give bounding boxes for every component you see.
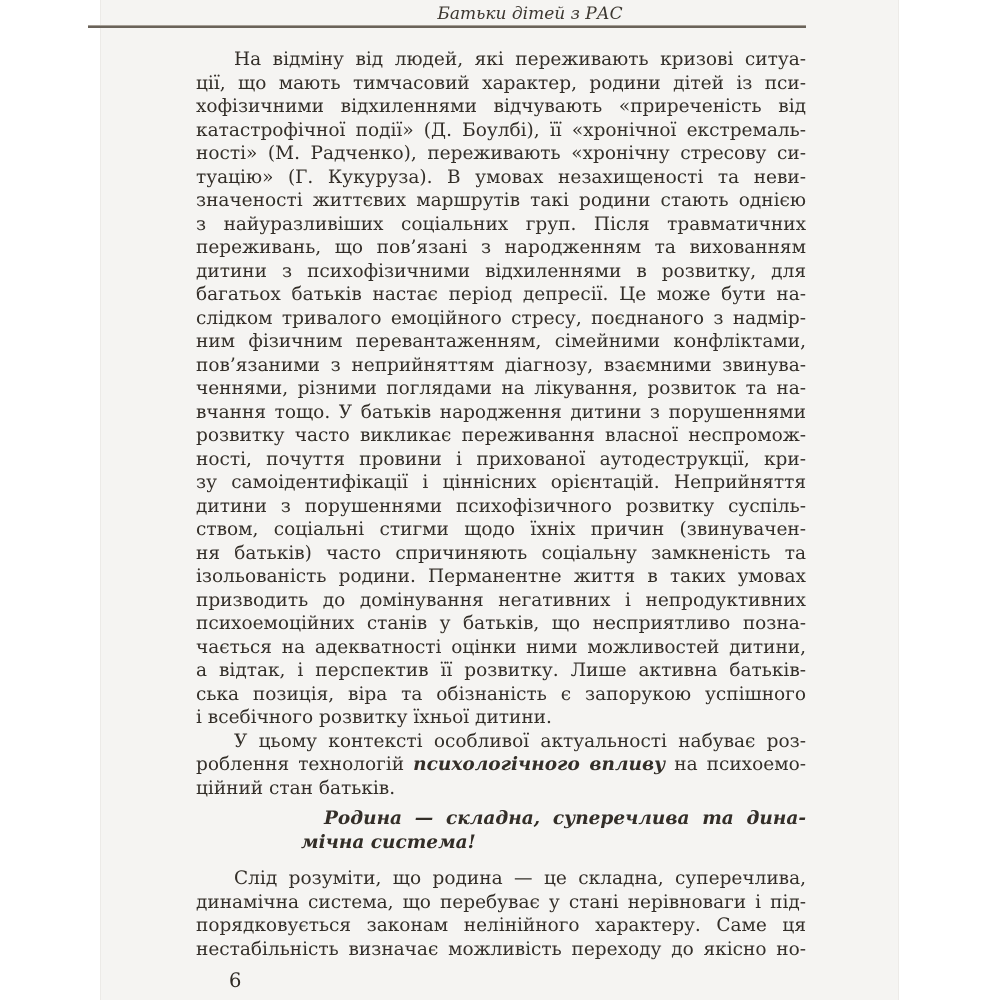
text-line: ності, почуття провини і прихованої ауто… bbox=[196, 448, 806, 472]
text-segment: роблення технологій bbox=[196, 754, 413, 775]
header-rule bbox=[88, 25, 806, 28]
text-line: Родина — складна, суперечлива та дина- bbox=[301, 807, 806, 831]
text-line: Слід розуміти, що родина — це складна, с… bbox=[196, 867, 806, 891]
text-line: катастрофічної події» (Д. Боулбі), її «х… bbox=[196, 119, 806, 143]
text-line: з найуразливіших соціальних груп. Після … bbox=[196, 213, 806, 237]
text-line: ня батьків) часто спричиняють соціальну … bbox=[196, 542, 806, 566]
text-line: чається на адекватності оцінки ними можл… bbox=[196, 636, 806, 660]
text-line: туацію» (Г. Кукуруза). В умовах незахище… bbox=[196, 166, 806, 190]
text-line: а відтак, і перспектив її розвитку. Лише… bbox=[196, 659, 806, 683]
text-line: дитини з психофізичними відхиленнями в р… bbox=[196, 260, 806, 284]
text-line: порядковується законам нелінійного харак… bbox=[196, 914, 806, 938]
text-line: ційний стан батьків. bbox=[196, 777, 806, 801]
running-header: Батьки дітей з РАС bbox=[196, 4, 806, 24]
text-line: хофізичними відхиленнями відчувають «при… bbox=[196, 95, 806, 119]
emphasized-phrase: психологічного впливу bbox=[413, 754, 665, 775]
text-line: ізольованість родини. Перманентне життя … bbox=[196, 565, 806, 589]
text-line: дитини з порушеннями психофізичного розв… bbox=[196, 495, 806, 519]
text-line: психоемоційних станів у батьків, що несп… bbox=[196, 612, 806, 636]
text-segment: на психоемо- bbox=[665, 754, 806, 775]
text-line: динамічна система, що перебуває у стані … bbox=[196, 891, 806, 915]
text-line: ченнями, різними поглядами на лікування,… bbox=[196, 377, 806, 401]
text-line: ська позиція, віра та обізнаність є запо… bbox=[196, 683, 806, 707]
text-line: нестабільність визначає можливість перех… bbox=[196, 938, 806, 962]
book-page: Батьки дітей з РАС На відміну від людей,… bbox=[100, 0, 899, 1000]
text-line: роблення технологій психологічного вплив… bbox=[196, 753, 806, 777]
text-line: призводить до домінування негативних і н… bbox=[196, 589, 806, 613]
text-line: вчання тощо. У батьків народження дитини… bbox=[196, 401, 806, 425]
text-line: На відміну від людей, які переживають кр… bbox=[196, 48, 806, 72]
text-line: слідком тривалого емоційного стресу, поє… bbox=[196, 307, 806, 331]
text-line: ним фізичним перевантаженням, сімейними … bbox=[196, 330, 806, 354]
text-block: На відміну від людей, які переживають кр… bbox=[196, 48, 806, 961]
running-header-title: Батьки дітей з РАС bbox=[437, 4, 622, 24]
text-line: ності» (М. Радченко), переживають «хроні… bbox=[196, 142, 806, 166]
scanned-page-background: Батьки дітей з РАС На відміну від людей,… bbox=[0, 0, 1000, 1000]
paragraph: Слід розуміти, що родина — це складна, с… bbox=[196, 867, 806, 961]
text-line: зу самоідентифікації і ціннісних орієнта… bbox=[196, 471, 806, 495]
text-line: пов’язаними з неприйняттям діагнозу, вза… bbox=[196, 354, 806, 378]
inset-quote: Родина — складна, суперечлива та дина-мі… bbox=[301, 807, 806, 854]
paragraph: У цьому контексті особливої актуальності… bbox=[196, 730, 806, 801]
text-line: У цьому контексті особливої актуальності… bbox=[196, 730, 806, 754]
page-number: 6 bbox=[229, 969, 241, 992]
text-line: розвитку часто викликає переживання влас… bbox=[196, 424, 806, 448]
text-line: і всебічного розвитку їхньої дитини. bbox=[196, 706, 806, 730]
text-line: ством, соціальні стигми щодо їхніх причи… bbox=[196, 518, 806, 542]
text-line: переживань, що пов’язані з народженням т… bbox=[196, 236, 806, 260]
text-line: багатьох батьків настає період депресії.… bbox=[196, 283, 806, 307]
text-line: мічна система! bbox=[301, 831, 806, 855]
paragraph: На відміну від людей, які переживають кр… bbox=[196, 48, 806, 730]
text-line: ції, що мають тимчасовий характер, родин… bbox=[196, 72, 806, 96]
text-line: значеності життєвих маршрутів такі родин… bbox=[196, 189, 806, 213]
